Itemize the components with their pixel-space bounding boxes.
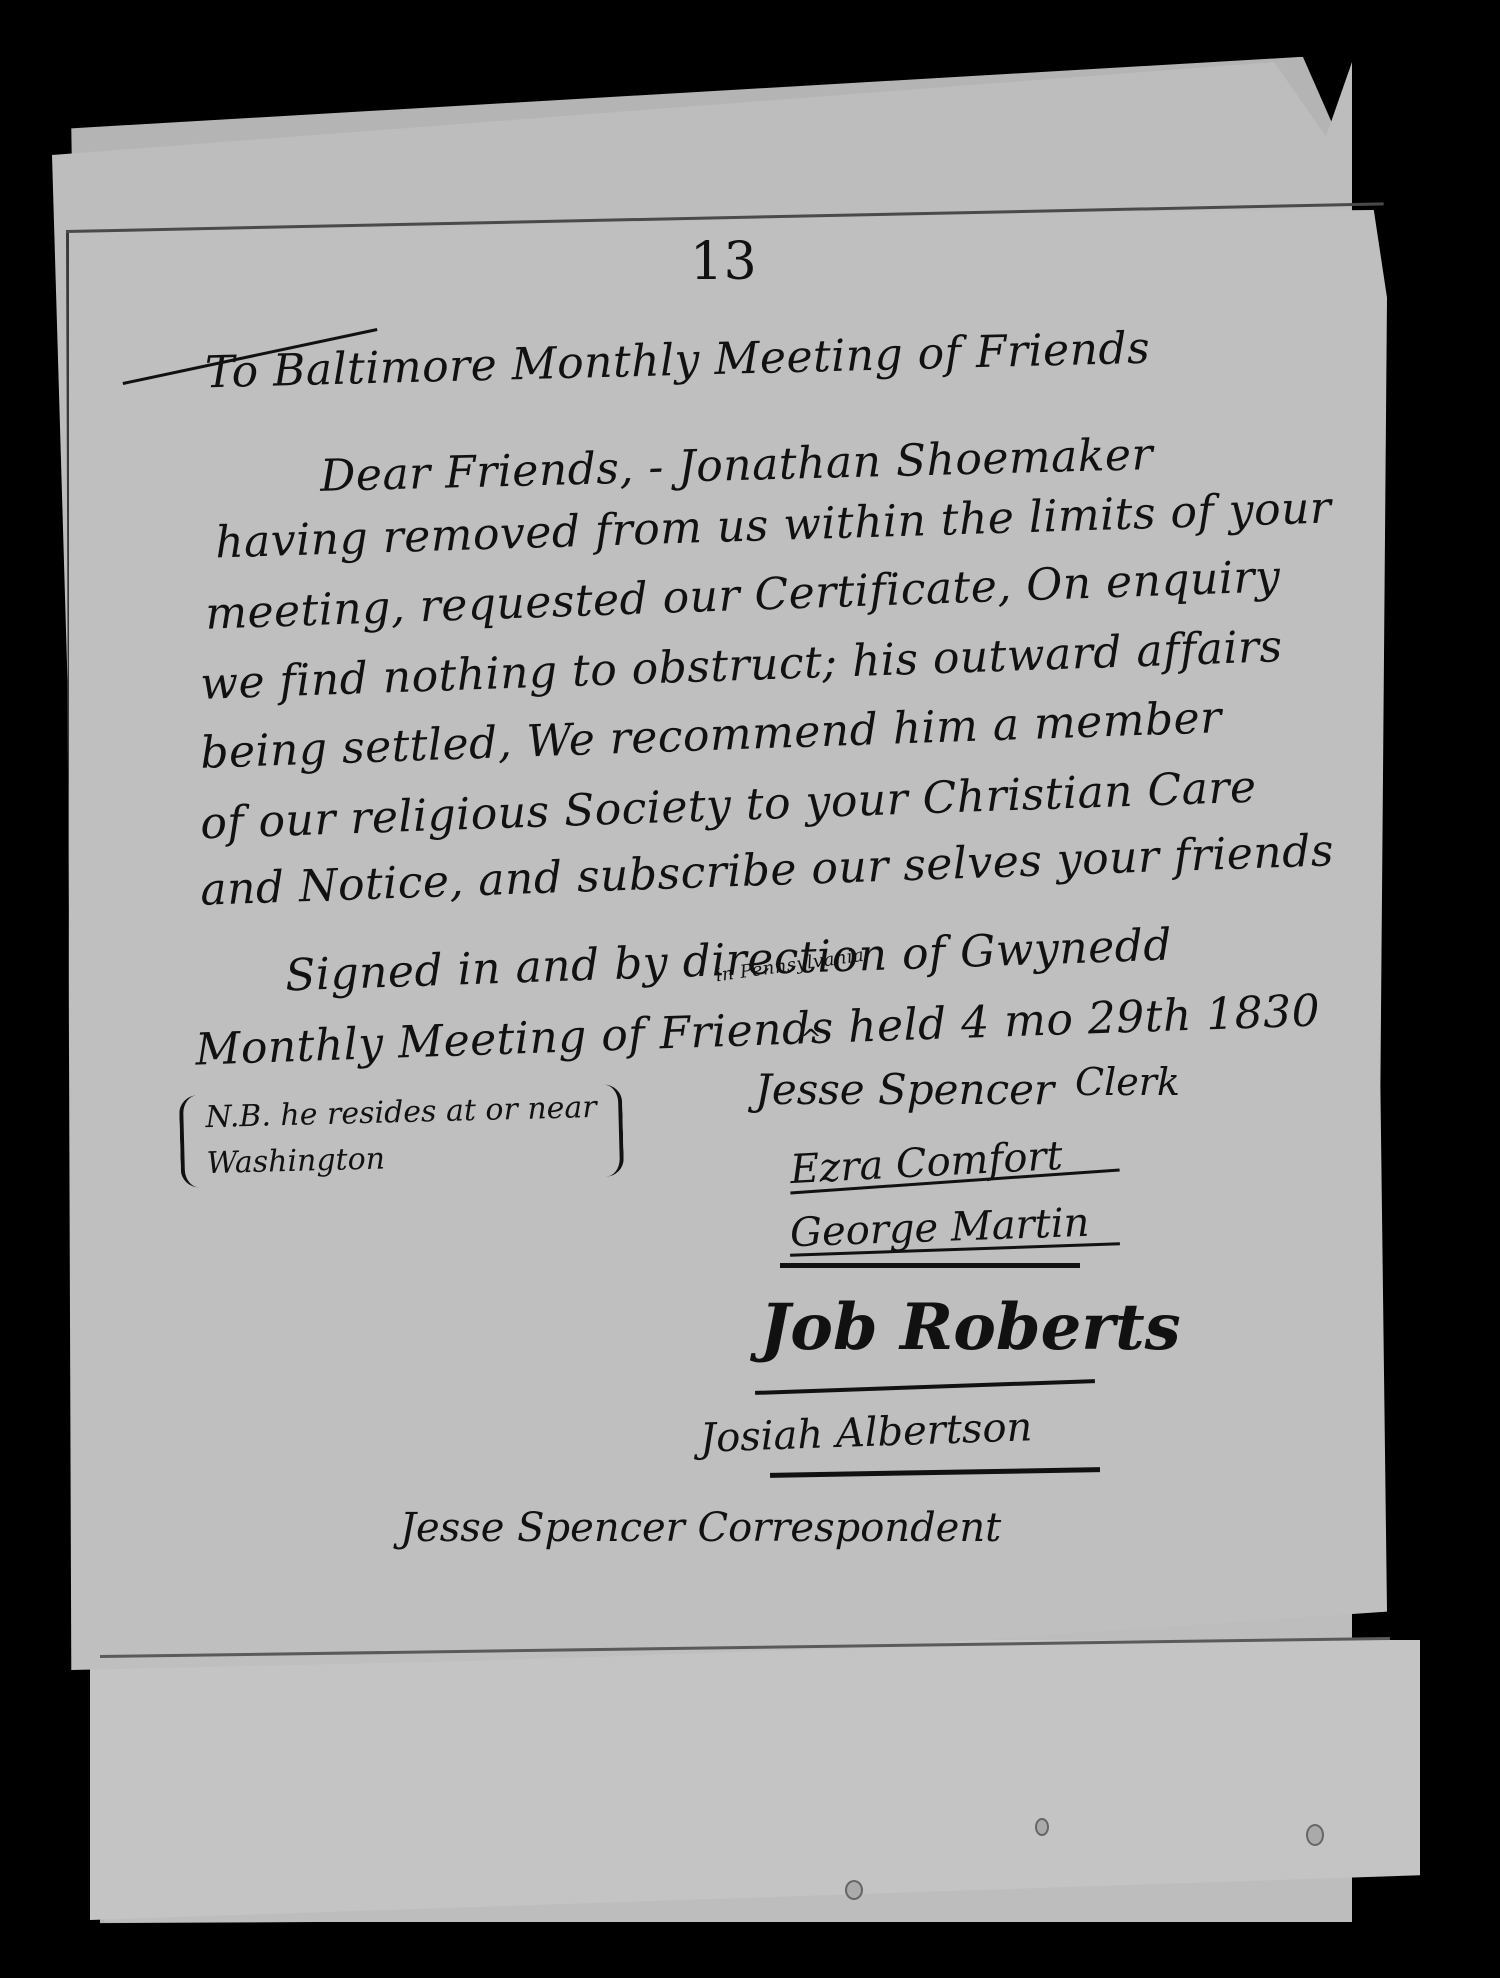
- correspondent-signature: Jesse Spencer Correspondent: [400, 1505, 1001, 1551]
- paper-hole: [1306, 1824, 1324, 1846]
- signature-clerk: Jesse Spencer: [755, 1065, 1054, 1114]
- nota-bene-note: N.B. he resides at or near Washington: [179, 1084, 625, 1188]
- paper-hole: [1035, 1818, 1049, 1836]
- signature-clerk-role: Clerk: [1075, 1060, 1180, 1104]
- paper-hole: [845, 1880, 863, 1900]
- insertion-caret: ^: [800, 1025, 822, 1055]
- lower-backing-sheet: [90, 1640, 1420, 1920]
- signature-4-overline: [780, 1263, 1080, 1268]
- signature-4: Job Roberts: [760, 1290, 1181, 1365]
- page-number: 13: [690, 232, 757, 292]
